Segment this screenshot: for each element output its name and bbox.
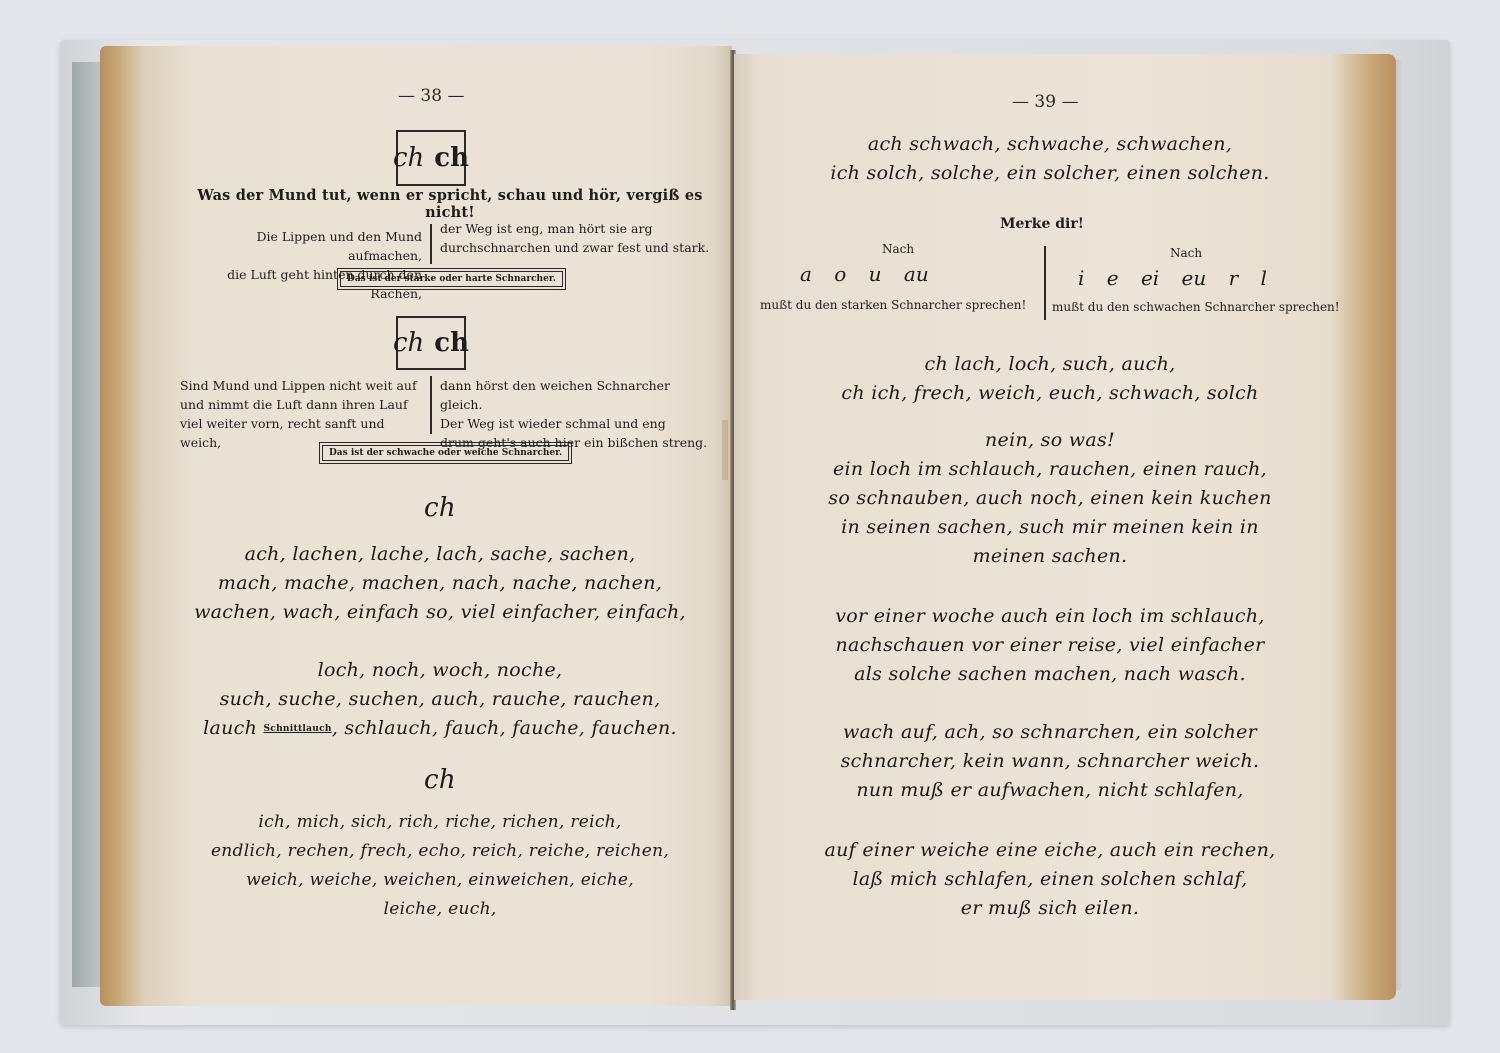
practice-line: weich, weiche, weichen, einweichen, eich… bbox=[165, 866, 715, 895]
practice-line: mach, mache, machen, nach, nache, nachen… bbox=[170, 569, 710, 598]
practice-line: meinen sachen. bbox=[760, 542, 1340, 571]
verse-line: durchschnarchen und zwar fest und stark. bbox=[440, 238, 710, 257]
practice-line: nachschauen vor einer reise, viel einfac… bbox=[760, 631, 1340, 660]
verse-line: Die Lippen und den Mund aufmachen, bbox=[182, 227, 422, 265]
block2-practice: nein, so was! ein loch im schlauch, rauc… bbox=[760, 426, 1340, 571]
letter-box-hard-ch: ch ch bbox=[396, 130, 466, 186]
practice-line: in seinen sachen, such mir meinen kein i… bbox=[760, 513, 1340, 542]
section1-heading: ch bbox=[170, 494, 710, 523]
practice-line: vor einer woche auch ein loch im schlauc… bbox=[760, 602, 1340, 631]
block4-practice: wach auf, ach, so schnarchen, ein solche… bbox=[760, 718, 1340, 805]
practice-line: ein loch im schlauch, rauchen, einen rau… bbox=[760, 455, 1340, 484]
practice-line: auf einer weiche eine eiche, auch ein re… bbox=[760, 836, 1340, 865]
verse-divider bbox=[430, 224, 432, 264]
verse-line: dann hörst den weichen Schnarcher gleich… bbox=[440, 376, 715, 414]
verse1-right: der Weg ist eng, man hört sie arg durchs… bbox=[440, 219, 710, 257]
practice-line: nun muß er aufwachen, nicht schlafen, bbox=[760, 776, 1340, 805]
block5-practice: auf einer weiche eine eiche, auch ein re… bbox=[760, 836, 1340, 923]
word: lauch bbox=[203, 717, 257, 739]
practice-line: laß mich schlafen, einen solchen schlaf, bbox=[760, 865, 1340, 894]
script-glyph: ch bbox=[393, 328, 424, 358]
print-glyph: ch bbox=[434, 143, 469, 173]
practice-line: schnarcher, kein wann, schnarcher weich. bbox=[760, 747, 1340, 776]
merke-left-nach: Nach bbox=[882, 242, 914, 256]
section3-practice: ich, mich, sich, rich, riche, richen, re… bbox=[165, 808, 715, 924]
practice-line: so schnauben, auch noch, einen kein kuch… bbox=[760, 484, 1340, 513]
practice-line: nein, so was! bbox=[760, 426, 1340, 455]
verse2-right: dann hörst den weichen Schnarcher gleich… bbox=[440, 376, 715, 452]
headline: Was der Mund tut, wenn er spricht, schau… bbox=[180, 187, 720, 221]
label-hard-snore: Das ist der starke oder harte Schnarcher… bbox=[340, 271, 563, 287]
practice-line: er muß sich eilen. bbox=[760, 894, 1340, 923]
block1-practice: ch lach, loch, such, auch, ch ich, frech… bbox=[760, 350, 1340, 408]
practice-line: loch, noch, woch, noche, bbox=[170, 656, 710, 685]
stain bbox=[722, 420, 728, 480]
section1-practice: ach, lachen, lache, lach, sache, sachen,… bbox=[170, 540, 710, 627]
page-number-right: — 39 — bbox=[1012, 92, 1078, 112]
verse2-left: Sind Mund und Lippen nicht weit auf und … bbox=[180, 376, 424, 452]
print-glyph: ch bbox=[434, 328, 469, 358]
merke-title: Merke dir! bbox=[1000, 216, 1084, 232]
practice-line: wach auf, ach, so schnarchen, ein solche… bbox=[760, 718, 1340, 747]
intro-practice: ach schwach, schwache, schwachen, ich so… bbox=[760, 130, 1340, 188]
practice-line: endlich, rechen, frech, echo, reich, rei… bbox=[165, 837, 715, 866]
practice-line: such, suche, suchen, auch, rauche, rauch… bbox=[170, 685, 710, 714]
verse-line: Sind Mund und Lippen nicht weit auf bbox=[180, 376, 424, 395]
practice-line: als solche sachen machen, nach wasch. bbox=[760, 660, 1340, 689]
practice-line: ch ich, frech, weich, euch, schwach, sol… bbox=[760, 379, 1340, 408]
practice-line: lauch Schnittlauch, schlauch, fauch, fau… bbox=[170, 714, 710, 744]
practice-line: ach schwach, schwache, schwachen, bbox=[760, 130, 1340, 159]
verse1-left: Die Lippen und den Mund aufmachen, die L… bbox=[182, 227, 422, 303]
practice-line: wachen, wach, einfach so, viel einfacher… bbox=[170, 598, 710, 627]
word: , schlauch, fauch, fauche, fauchen. bbox=[332, 717, 677, 739]
merke-right-vowels: i e ei eu r l bbox=[1078, 266, 1267, 290]
script-glyph: ch bbox=[393, 143, 424, 173]
merke-left-text: mußt du den starken Schnarcher sprechen! bbox=[760, 298, 1026, 312]
practice-line: leiche, euch, bbox=[165, 895, 715, 924]
practice-line: ch lach, loch, such, auch, bbox=[760, 350, 1340, 379]
section2-practice: loch, noch, woch, noche, such, suche, su… bbox=[170, 656, 710, 744]
merke-left-vowels: a o u au bbox=[800, 262, 929, 286]
label-soft-snore: Das ist der schwache oder weiche Schnarc… bbox=[322, 445, 569, 461]
merke-right-text: mußt du den schwachen Schnarcher spreche… bbox=[1052, 300, 1340, 314]
verse-line: der Weg ist eng, man hört sie arg bbox=[440, 219, 710, 238]
letter-box-soft-ch: ch ch bbox=[396, 316, 466, 370]
verse-line: Der Weg ist wieder schmal und eng bbox=[440, 414, 715, 433]
page-number-left: — 38 — bbox=[398, 86, 464, 106]
section3-heading: ch bbox=[170, 766, 710, 795]
verse-line: und nimmt die Luft dann ihren Lauf bbox=[180, 395, 424, 414]
inline-label-schnittlauch: Schnittlauch bbox=[264, 724, 332, 734]
practice-line: ach, lachen, lache, lach, sache, sachen, bbox=[170, 540, 710, 569]
practice-line: ich, mich, sich, rich, riche, richen, re… bbox=[165, 808, 715, 837]
verse-divider bbox=[430, 376, 432, 434]
practice-line: ich solch, solche, ein solcher, einen so… bbox=[760, 159, 1340, 188]
merke-divider bbox=[1044, 246, 1046, 320]
block3-practice: vor einer woche auch ein loch im schlauc… bbox=[760, 602, 1340, 689]
merke-right-nach: Nach bbox=[1170, 246, 1202, 260]
